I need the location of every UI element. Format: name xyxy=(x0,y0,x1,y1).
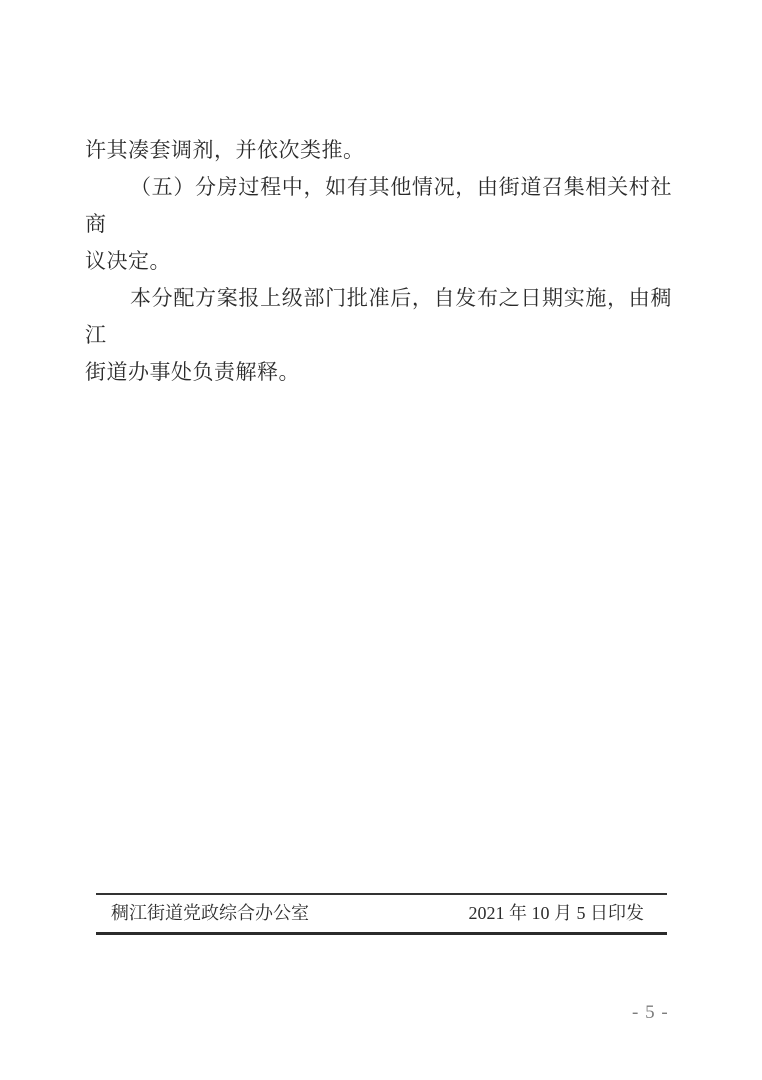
paragraph-line-4: 本分配方案报上级部门批准后，自发布之日期实施，由稠江 xyxy=(85,280,672,354)
paragraph-line-3: 议决定。 xyxy=(85,243,672,280)
issuing-office: 稠江街道党政综合办公室 xyxy=(111,903,309,923)
print-date: 2021 年 10 月 5 日印发 xyxy=(469,903,645,923)
page-number: - 5 - xyxy=(632,1002,669,1024)
colophon-bottom-rule xyxy=(96,932,667,935)
document-body: 许其凑套调剂，并依次类推。 （五）分房过程中，如有其他情况，由街道召集相关村社商… xyxy=(85,132,672,391)
paragraph-line-5: 街道办事处负责解释。 xyxy=(85,354,672,391)
document-page: 许其凑套调剂，并依次类推。 （五）分房过程中，如有其他情况，由街道召集相关村社商… xyxy=(0,0,762,1080)
colophon-block: 稠江街道党政综合办公室 2021 年 10 月 5 日印发 xyxy=(96,893,667,935)
paragraph-line-2: （五）分房过程中，如有其他情况，由街道召集相关村社商 xyxy=(85,169,672,243)
paragraph-line-1: 许其凑套调剂，并依次类推。 xyxy=(85,132,672,169)
colophon-row: 稠江街道党政综合办公室 2021 年 10 月 5 日印发 xyxy=(96,895,667,932)
